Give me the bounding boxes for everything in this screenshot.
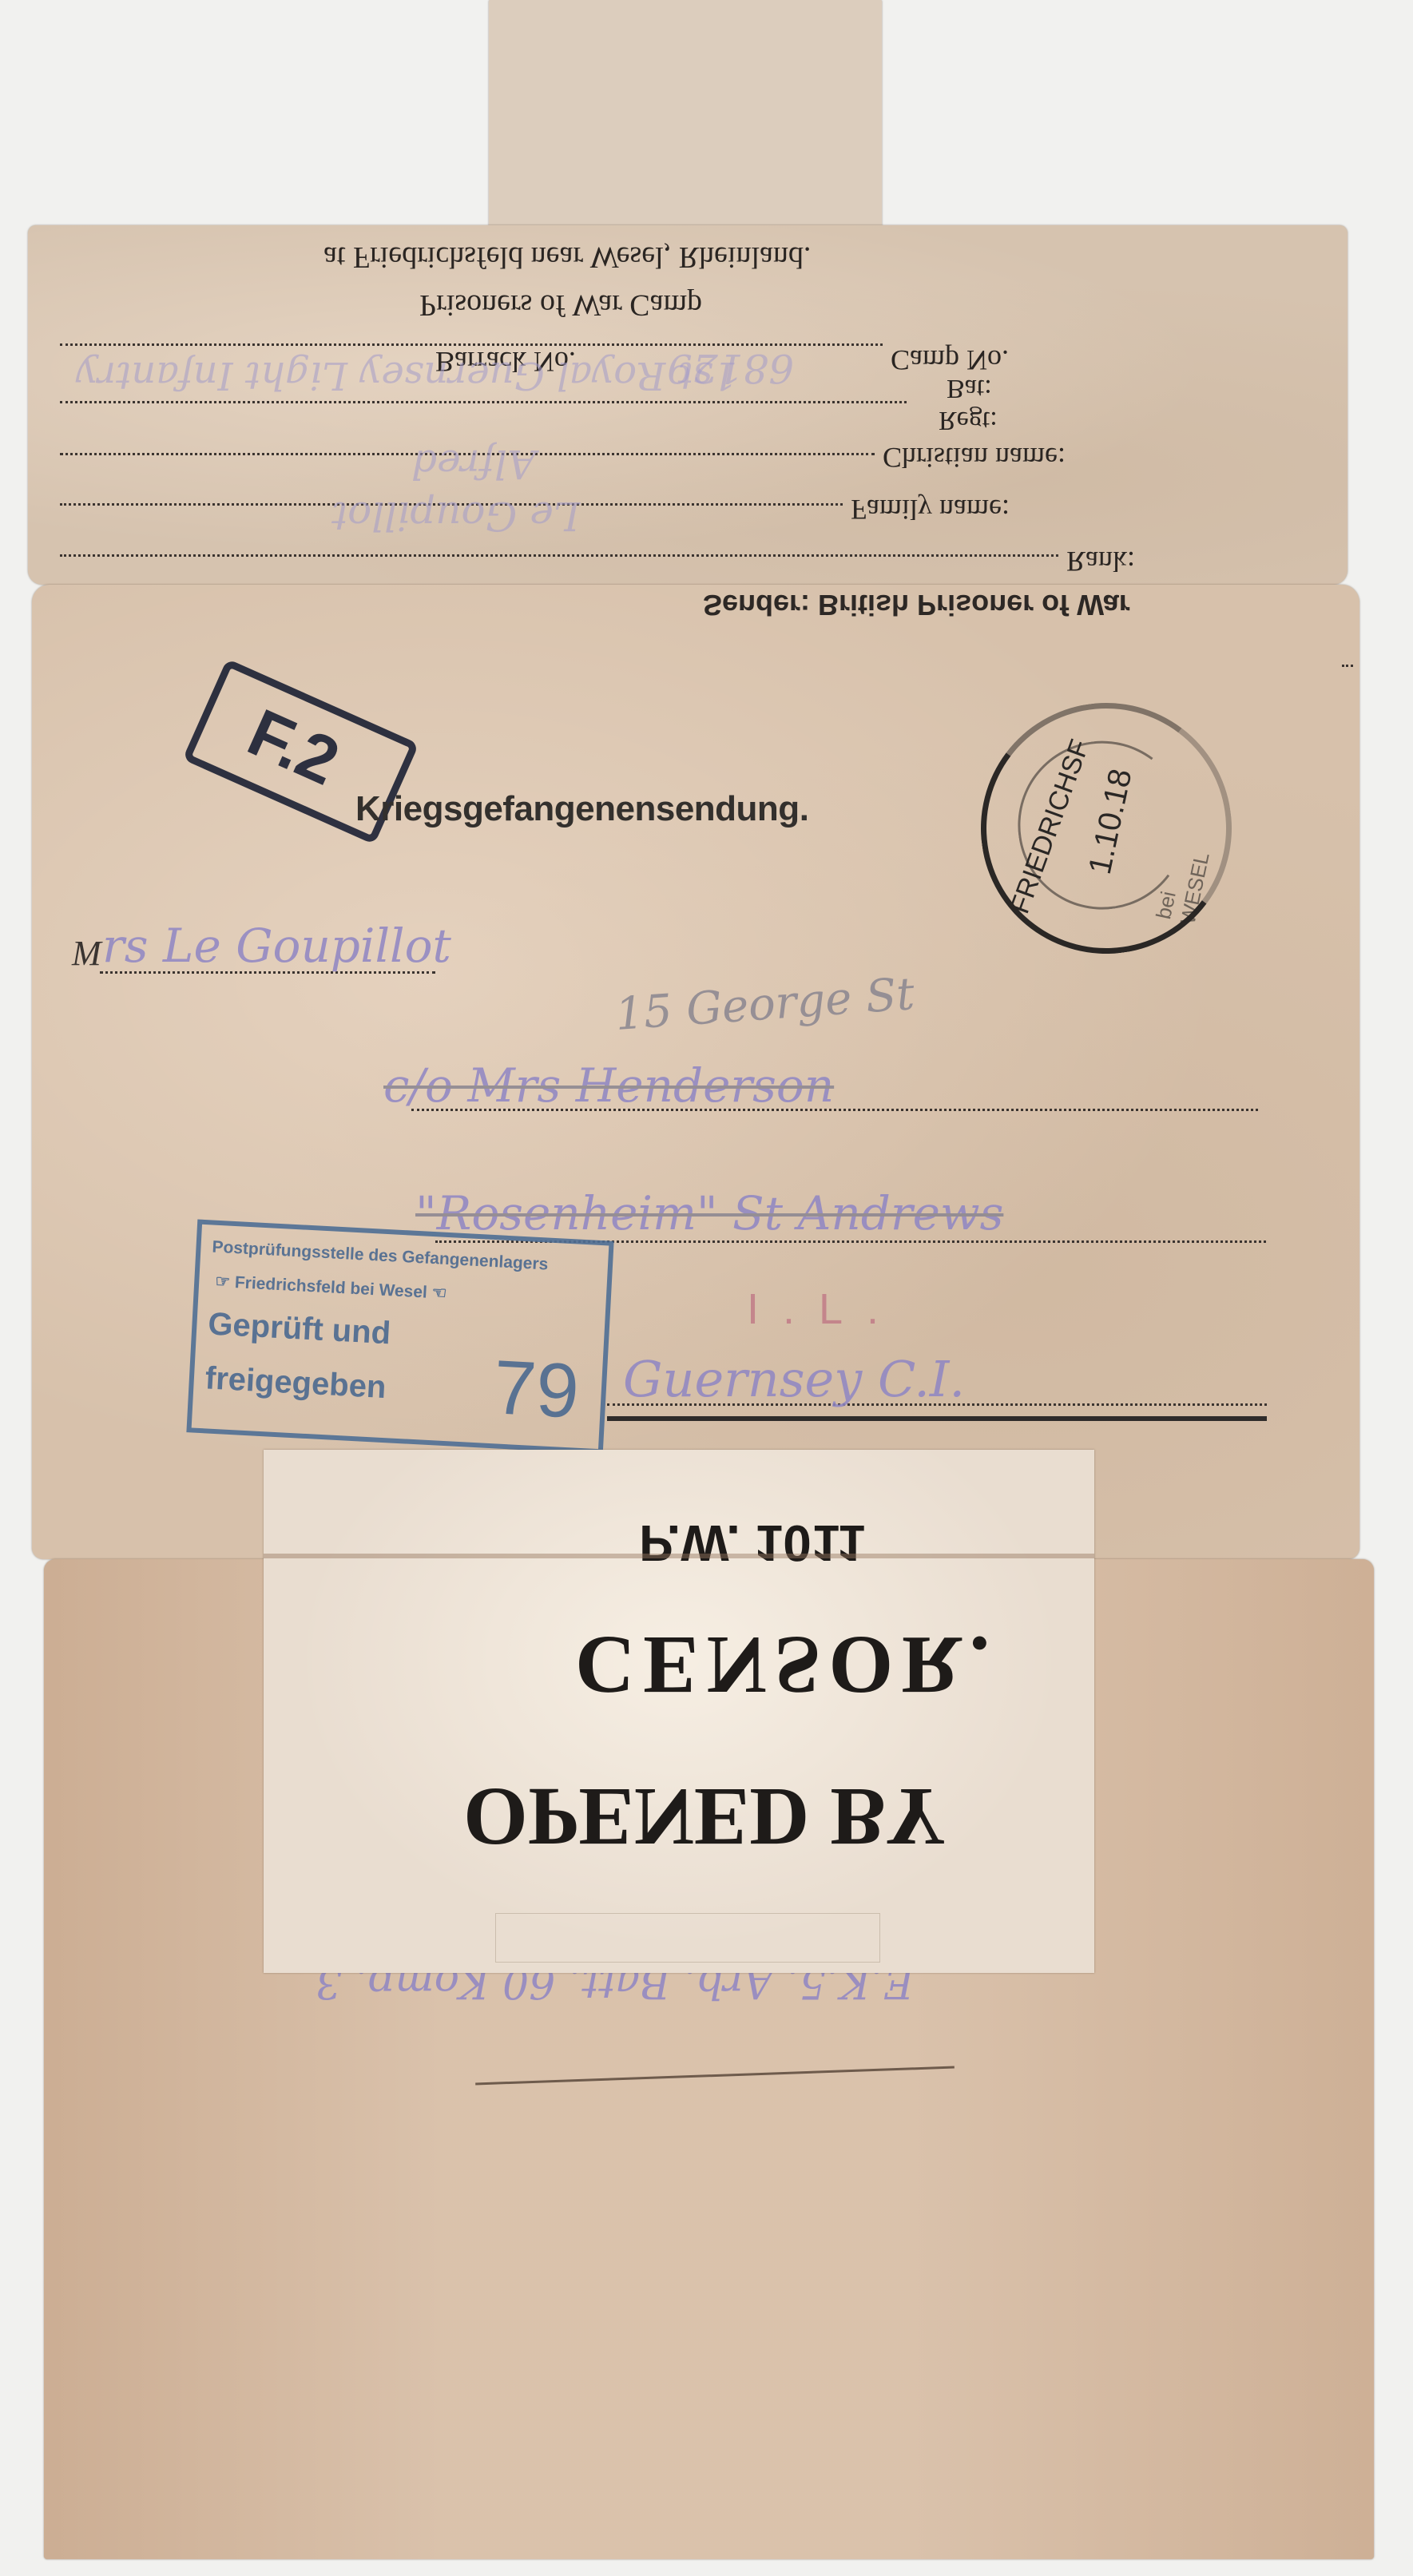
censor-label-number: P.W. 1011: [639, 1514, 866, 1573]
handwritten-regiment: 1st Royal Guernsey Light Infantry: [76, 353, 737, 398]
censor-label-line2: CENSOR.: [575, 1617, 998, 1713]
edge-dots: [1342, 665, 1353, 667]
censor-stamp-location: ☞ Friedrichsfeld bei Wesel ☜: [215, 1272, 447, 1304]
camp-location: at Friedrichsfeld near Wesel, Rheinland.: [323, 240, 811, 275]
top-tab: [489, 0, 882, 248]
slit-line: [475, 2066, 955, 2086]
bat-label: Bat:: [947, 373, 992, 403]
address-line-island: Guernsey C.I.: [623, 1350, 965, 1408]
document-title: Kriegsgefangenensendung.: [355, 789, 808, 829]
regt-rule: [60, 401, 907, 403]
camp-no-label: Camp No.: [891, 343, 1009, 377]
censor-stamp-office: Postprüfungsstelle des Gefangenenlagers: [212, 1238, 549, 1275]
address-prefix: M: [72, 933, 101, 974]
censor-stamp-checked: Geprüft und: [207, 1306, 391, 1352]
sender-flap: at Friedrichsfeld near Wesel, Rheinland.…: [28, 225, 1348, 585]
label-fold: [264, 1554, 1094, 1558]
camp-heading: Prisoners of War Camp: [419, 288, 702, 323]
address-underline: [607, 1416, 1267, 1421]
rank-label: Rank:: [1066, 545, 1135, 578]
handwritten-family-name: Le Goupillot: [331, 493, 580, 539]
red-mark: I.L.: [747, 1284, 903, 1334]
handwritten-christian-name: Alfred: [411, 441, 536, 487]
censor-label: P.W. 1011 CENSOR. OPENED BY: [264, 1450, 1094, 1973]
family-name-label: Family name:: [851, 493, 1010, 526]
rank-rule: [60, 554, 1058, 557]
censor-handstamp: Postprüfungsstelle des Gefangenenlagers …: [186, 1220, 613, 1455]
address-line-struck-1: c/o Mrs Henderson: [383, 1058, 834, 1113]
christian-name-label: Christian name:: [883, 441, 1066, 474]
censor-label-line1: OPENED BY: [463, 1769, 946, 1864]
censor-stamp-released: freigegeben: [204, 1360, 387, 1406]
regt-label: Regt:: [939, 405, 998, 435]
address-name: rs Le Goupillot: [102, 919, 451, 973]
sender-line: Sender: British Prisoner of War: [703, 588, 1130, 621]
censor-stamp-number: 79: [491, 1344, 581, 1435]
label-mark: [495, 1913, 880, 1963]
address-line-struck-2: "Rosenheim" St Andrews: [415, 1186, 1003, 1240]
handwritten-service-number: 68129: [667, 345, 794, 391]
